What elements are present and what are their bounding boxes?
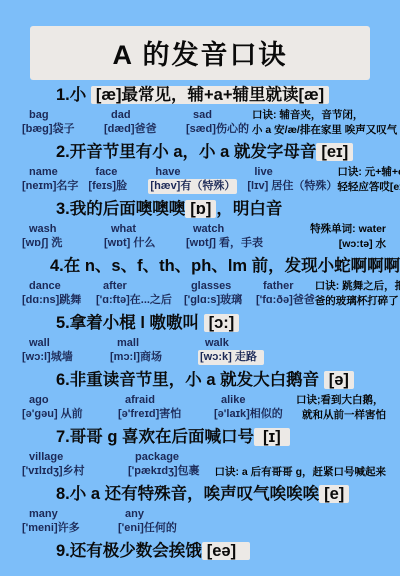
phonetic-highlight: [ɒ] (185, 200, 216, 218)
word-entry: dad [dæd]爸爸 (104, 108, 170, 137)
phonetic-highlight: [e] (319, 485, 349, 503)
rule-section-1: 1.小 [æ]最常见，辅+a+辅里就读[æ] bag [bæg]袋子 dad [… (10, 84, 390, 137)
word-phonetic-meaning: [wɔ:l]城墙 (22, 350, 88, 365)
tip-line: 口诀: 元+辅+e 里有小 a (337, 165, 400, 180)
word-english: dance (22, 279, 84, 293)
word-entry: package ['pækɪdʒ]包裹 (128, 450, 200, 479)
rule-section-4: 4.在 n、s、f、th、ph、lm 前，发现小蛇啊啊啊 [ɑ:] dance … (10, 255, 390, 308)
rule-heading: 7.哥哥 g 喜欢在后面喊口号[ɪ] (56, 426, 390, 448)
word-list: name [neɪm]名字 face [feɪs]脸 have [hæv]有（特… (22, 165, 337, 194)
word-phonetic-meaning: [dɑ:ns]跳舞 (22, 293, 84, 308)
word-english: watch (186, 222, 263, 236)
word-phonetic-meaning: ['pækɪdʒ]包裹 (128, 464, 200, 479)
word-list: village ['vɪlɪdʒ]乡村 package ['pækɪdʒ]包裹 (22, 450, 200, 479)
mnemonic-tip: 口诀: 跳舞之后，把爸 爸的玻璃杯打碎了 (315, 279, 400, 308)
word-phonetic-meaning: [wɒʃ] 洗 (22, 236, 88, 251)
word-english: wall (22, 336, 88, 350)
rule-section-8: 8.小 a 还有特殊音，唉声叹气唉唉唉[e] many ['meni]许多 an… (10, 483, 390, 536)
tip-line: 口诀: 辅音夹，音节闭， (252, 108, 397, 123)
word-entry: bag [bæg]袋子 (22, 108, 88, 137)
rule-section-3: 3.我的后面噢噢噢[ɒ]，明白音 wash [wɒʃ] 洗 what [wɒt]… (10, 198, 390, 251)
word-entry: mall [mɔ:l]商场 (110, 336, 176, 365)
phonetic-highlight: [ɔ:] (204, 314, 240, 332)
word-entry: live [lɪv] 居住（特殊） (247, 165, 337, 194)
tip-line: 口诀: 跳舞之后，把爸 (315, 279, 400, 294)
word-english: alike (214, 393, 294, 407)
word-english: face (88, 165, 138, 179)
word-entry: village ['vɪlɪdʒ]乡村 (22, 450, 88, 479)
word-english: dad (104, 108, 170, 122)
word-list: ago [ə'gəu] 从前 afraid [ə'freɪd]害怕 alike … (22, 393, 294, 422)
word-phonetic-meaning: [wɔ:k] 走路 (198, 350, 264, 365)
word-english: sad (186, 108, 252, 122)
word-english: package (128, 450, 200, 464)
word-entry: wash [wɒʃ] 洗 (22, 222, 88, 251)
rule-section-6: 6.非重读音节里，小 a 就发大白鹅音 [ə] ago [ə'gəu] 从前 a… (10, 369, 390, 422)
word-list: wall [wɔ:l]城墙 mall [mɔ:l]商场 walk [wɔ:k] … (22, 336, 264, 365)
word-list: many ['meni]许多 any ['eni]任何的 (22, 507, 184, 536)
word-english: glasses (184, 279, 244, 293)
word-list: bag [bæg]袋子 dad [dæd]爸爸 sad [sæd]伤心的 (22, 108, 252, 137)
rule-heading: 8.小 a 还有特殊音，唉声叹气唉唉唉[e] (56, 483, 390, 505)
word-english: afraid (118, 393, 198, 407)
word-entry: afraid [ə'freɪd]害怕 (118, 393, 198, 422)
word-english: wash (22, 222, 88, 236)
word-entry: dance [dɑ:ns]跳舞 (22, 279, 84, 308)
heading-text: 8.小 a 还有特殊音，唉声叹气唉唉唉 (56, 485, 319, 503)
mnemonic-tip: 口诀: 辅音夹，音节闭， 小 a 安/æ/排在家里 唉声又叹气 (252, 108, 400, 137)
phonetic-highlight: [eə] (202, 542, 250, 560)
rule-section-2: 2.开音节里有小 a，小 a 就发字母音[eɪ] name [neɪm]名字 f… (10, 141, 390, 194)
rule-heading: 3.我的后面噢噢噢[ɒ]，明白音 (56, 198, 390, 220)
word-english: many (22, 507, 88, 521)
heading-text: 5.拿着小棍 l 嗷嗷叫 (56, 314, 204, 332)
word-entry: ago [ə'gəu] 从前 (22, 393, 102, 422)
word-english: mall (110, 336, 176, 350)
word-phonetic-meaning: ['ɑ:ftə]在...之后 (96, 293, 172, 308)
word-phonetic-meaning: ['vɪlɪdʒ]乡村 (22, 464, 88, 479)
word-list: dance [dɑ:ns]跳舞 after ['ɑ:ftə]在...之后 gla… (22, 279, 315, 308)
special-word-note: 特殊单词: water [wɔ:tə] 水 (310, 222, 390, 251)
word-entry: watch [wɒtʃ] 看，手表 (186, 222, 263, 251)
tip-line: 轻轻应答哎[eɪ]一声 (337, 180, 400, 195)
heading-text: 1.小 (56, 86, 91, 104)
word-phonetic-meaning: [dæd]爸爸 (104, 122, 170, 137)
heading-text: 7.哥哥 g 喜欢在后面喊口号 (56, 428, 254, 446)
word-english: what (104, 222, 170, 236)
word-entry: name [neɪm]名字 (22, 165, 78, 194)
tip-line: 小 a 安/æ/排在家里 唉声又叹气 (252, 123, 397, 138)
word-english: after (96, 279, 172, 293)
phonetic-highlight: [ə] (324, 371, 354, 389)
rule-heading: 5.拿着小棍 l 嗷嗷叫 [ɔ:] (56, 312, 390, 334)
word-english: live (247, 165, 337, 179)
phonetic-highlight: [ɪ] (254, 428, 290, 446)
word-phonetic-meaning: ['fɑ:ðə]爸爸 (256, 293, 315, 308)
tip-line: 就和从前一样害怕 (296, 408, 386, 423)
word-english: father (256, 279, 315, 293)
mnemonic-tip: 口诀: a 后有哥哥 g，赶紧口号喊起来 (214, 450, 390, 479)
page-title: A 的发音口诀 (30, 26, 370, 80)
word-phonetic-meaning: [bæg]袋子 (22, 122, 88, 137)
word-entry: sad [sæd]伤心的 (186, 108, 252, 137)
phonetic-highlight: [æ]最常见，辅+a+辅里就读[æ] (91, 86, 329, 104)
word-phonetic-meaning: [neɪm]名字 (22, 179, 78, 194)
word-entry: walk [wɔ:k] 走路 (198, 336, 264, 365)
rule-heading: 4.在 n、s、f、th、ph、lm 前，发现小蛇啊啊啊 [ɑ:] (50, 255, 390, 277)
word-english: walk (198, 336, 264, 350)
word-english: village (22, 450, 88, 464)
word-phonetic-meaning: [wɒtʃ] 看，手表 (186, 236, 263, 251)
rule-section-9: 9.还有极少数会挨饿[eə] (10, 540, 390, 562)
mnemonic-tip: 口诀;看到大白鹅， 就和从前一样害怕 (296, 393, 390, 422)
word-phonetic-meaning: [hæv]有（特殊） (148, 179, 237, 194)
rule-section-7: 7.哥哥 g 喜欢在后面喊口号[ɪ] village ['vɪlɪdʒ]乡村 p… (10, 426, 390, 479)
heading-text-post: ，明白音 (216, 200, 282, 218)
heading-text: 6.非重读音节里，小 a 就发大白鹅音 (56, 371, 324, 389)
rule-heading: 2.开音节里有小 a，小 a 就发字母音[eɪ] (56, 141, 390, 163)
word-phonetic-meaning: [feɪs]脸 (88, 179, 138, 194)
word-entry: have [hæv]有（特殊） (148, 165, 237, 194)
heading-text: 2.开音节里有小 a，小 a 就发字母音 (56, 143, 316, 161)
word-entry: glasses ['glɑ:s]玻璃 (184, 279, 244, 308)
mnemonic-tip: 口诀: 元+辅+e 里有小 a 轻轻应答哎[eɪ]一声 (337, 165, 400, 194)
phonetic-highlight: [eɪ] (316, 143, 353, 161)
word-phonetic-meaning: [wɒt] 什么 (104, 236, 170, 251)
tip-line: [wɔ:tə] 水 (310, 237, 386, 252)
word-entry: what [wɒt] 什么 (104, 222, 170, 251)
word-english: bag (22, 108, 88, 122)
word-english: any (118, 507, 184, 521)
word-entry: after ['ɑ:ftə]在...之后 (96, 279, 172, 308)
rule-heading: 1.小 [æ]最常见，辅+a+辅里就读[æ] (56, 84, 390, 106)
word-phonetic-meaning: ['eni]任何的 (118, 521, 184, 536)
word-phonetic-meaning: [ə'freɪd]害怕 (118, 407, 198, 422)
word-entry: face [feɪs]脸 (88, 165, 138, 194)
heading-text: 3.我的后面噢噢噢 (56, 200, 185, 218)
word-entry: father ['fɑ:ðə]爸爸 (256, 279, 315, 308)
word-english: ago (22, 393, 102, 407)
tip-line: 口诀: a 后有哥哥 g，赶紧口号喊起来 (214, 465, 386, 480)
word-phonetic-meaning: [ə'laɪk]相似的 (214, 407, 294, 422)
rule-heading: 9.还有极少数会挨饿[eə] (56, 540, 390, 562)
word-english: have (148, 165, 237, 179)
word-phonetic-meaning: ['glɑ:s]玻璃 (184, 293, 244, 308)
word-entry: wall [wɔ:l]城墙 (22, 336, 88, 365)
word-list: wash [wɒʃ] 洗 what [wɒt] 什么 watch [wɒtʃ] … (22, 222, 263, 251)
word-phonetic-meaning: [sæd]伤心的 (186, 122, 252, 137)
word-phonetic-meaning: [lɪv] 居住（特殊） (247, 179, 337, 194)
heading-text: 4.在 n、s、f、th、ph、lm 前，发现小蛇啊啊啊 (50, 257, 400, 275)
word-entry: any ['eni]任何的 (118, 507, 184, 536)
word-phonetic-meaning: [mɔ:l]商场 (110, 350, 176, 365)
rule-heading: 6.非重读音节里，小 a 就发大白鹅音 [ə] (56, 369, 390, 391)
word-phonetic-meaning: [ə'gəu] 从前 (22, 407, 102, 422)
tip-line: 爸的玻璃杯打碎了 (315, 294, 400, 309)
tip-line: 特殊单词: water (310, 222, 386, 237)
word-english: name (22, 165, 78, 179)
word-entry: alike [ə'laɪk]相似的 (214, 393, 294, 422)
word-entry: many ['meni]许多 (22, 507, 88, 536)
tip-line: 口诀;看到大白鹅， (296, 393, 386, 408)
heading-text: 9.还有极少数会挨饿 (56, 542, 202, 560)
word-phonetic-meaning: ['meni]许多 (22, 521, 88, 536)
rule-section-5: 5.拿着小棍 l 嗷嗷叫 [ɔ:] wall [wɔ:l]城墙 mall [mɔ… (10, 312, 390, 365)
